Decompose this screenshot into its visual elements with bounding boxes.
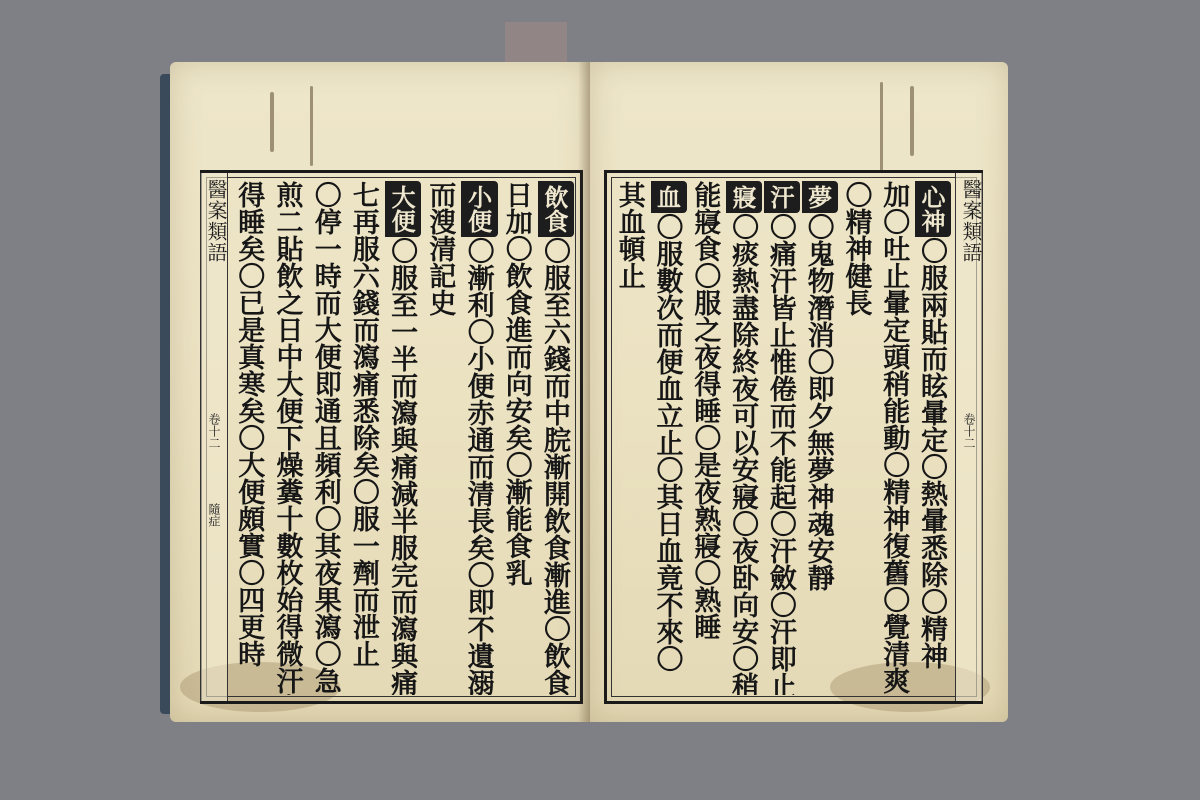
right-page: 醫案類語 卷十二 心神〇服兩貼而眩暈定〇熱暈悉除〇精神 加〇吐止暈定頭稍能動〇精…: [590, 62, 1008, 722]
left-margin-heart: 醫案類語 卷十二 隨症: [200, 173, 228, 701]
text-column: 得睡矣〇已是真寒矣〇大便頗實〇四更時: [232, 181, 268, 695]
section-heading: 小便: [461, 181, 497, 237]
text-column: 〇停一時而大便即通且頻利〇其夜果瀉〇急: [308, 181, 344, 695]
right-page-frame: 醫案類語 卷十二 心神〇服兩貼而眩暈定〇熱暈悉除〇精神 加〇吐止暈定頭稍能動〇精…: [604, 170, 983, 704]
text-column: 寢〇痰熱盡除終夜可以安寢〇夜卧向安〇稍: [726, 181, 762, 695]
text-column: 飲食〇服至六錢而中脘漸開飲食漸進〇飲食: [538, 181, 574, 695]
right-text-columns: 心神〇服兩貼而眩暈定〇熱暈悉除〇精神 加〇吐止暈定頭稍能動〇精神復舊〇覺清爽 〇…: [613, 181, 951, 695]
text-column: 其血頓止: [613, 181, 649, 695]
left-page: 醫案類語 卷十二 隨症 飲食〇服至六錢而中脘漸開飲食漸進〇飲食 日加〇飲食進而向…: [170, 62, 590, 722]
section-heading: 汗: [764, 181, 800, 213]
text-column: 夢〇鬼物潛消〇即夕無夢神魂安靜: [802, 181, 838, 695]
section-heading: 飲食: [538, 181, 574, 237]
left-margin-title: 醫案類語: [202, 179, 231, 263]
text-column: 而溲清記史: [423, 181, 459, 695]
text-column: 〇精神健長: [840, 181, 876, 695]
right-margin-title: 醫案類語: [957, 179, 986, 263]
section-heading: 心神: [915, 181, 951, 237]
text-column: 七再服六錢而瀉痛悉除矣〇服一劑而泄止: [347, 181, 383, 695]
left-page-frame: 醫案類語 卷十二 隨症 飲食〇服至六錢而中脘漸開飲食漸進〇飲食 日加〇飲食進而向…: [200, 170, 583, 704]
text-column: 小便〇漸利〇小便赤通而清長矣〇即不遺溺: [461, 181, 497, 695]
text-column: 日加〇飲食進而向安矣〇漸能食乳: [500, 181, 536, 695]
text-column: 汗〇痛汗皆止惟倦而不能起〇汗斂〇汗即止: [764, 181, 800, 695]
left-margin-section: 隨症: [206, 503, 223, 527]
right-margin-volume: 卷十二: [961, 413, 978, 449]
section-heading: 寢: [726, 181, 762, 213]
text-column: 加〇吐止暈定頭稍能動〇精神復舊〇覺清爽: [877, 181, 913, 695]
left-text-columns: 飲食〇服至六錢而中脘漸開飲食漸進〇飲食 日加〇飲食進而向安矣〇漸能食乳 小便〇漸…: [232, 181, 574, 695]
section-heading: 大便: [385, 181, 421, 237]
section-heading: 夢: [802, 181, 838, 213]
section-heading: 血: [651, 181, 687, 213]
left-margin-volume: 卷十二: [206, 413, 223, 449]
open-book: 醫案類語 卷十二 隨症 飲食〇服至六錢而中脘漸開飲食漸進〇飲食 日加〇飲食進而向…: [160, 62, 1010, 726]
text-column: 血〇服數次而便血立止〇其日血竟不來〇: [651, 181, 687, 695]
text-column: 煎二貼飲之日中大便下燥糞十數枚始得微汗寐: [270, 181, 306, 695]
text-column: 能寢食〇服之夜得睡〇是夜熟寢〇熟睡: [689, 181, 725, 695]
text-column: 大便〇服至一半而瀉與痛減半服完而瀉與痛減: [385, 181, 421, 695]
text-column: 心神〇服兩貼而眩暈定〇熱暈悉除〇精神: [915, 181, 951, 695]
right-margin-heart: 醫案類語 卷十二: [955, 173, 983, 701]
